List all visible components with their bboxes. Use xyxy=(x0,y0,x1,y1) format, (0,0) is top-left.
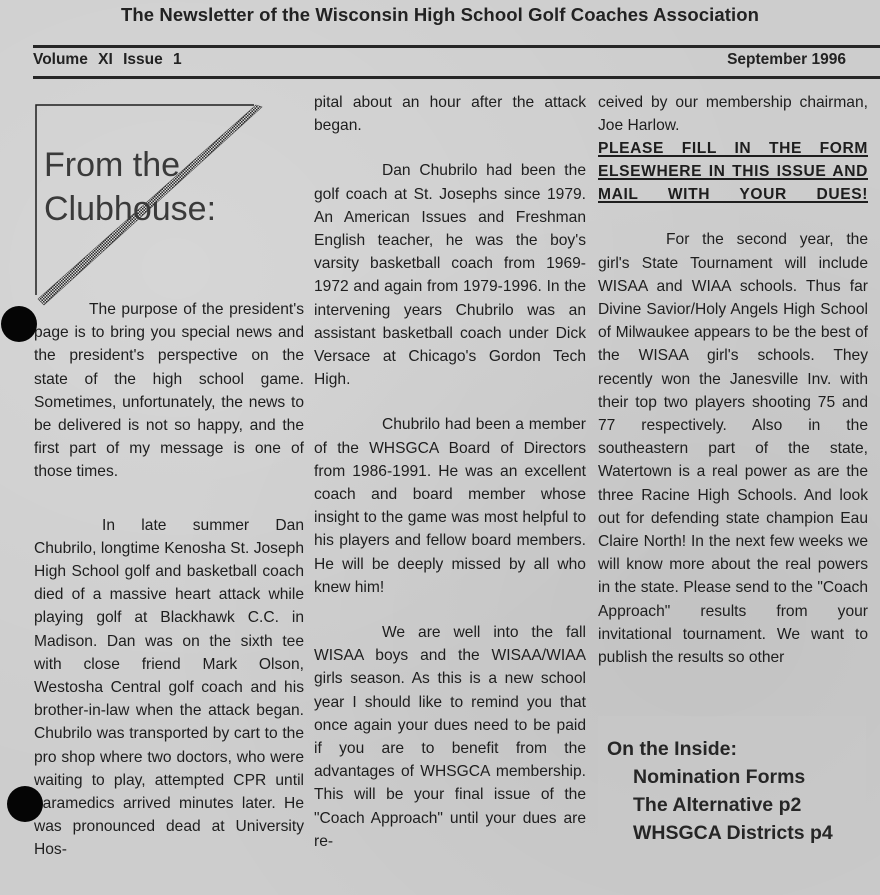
column-heading: From the Clubhouse: xyxy=(44,143,216,231)
paragraph-coach-history: Dan Chubrilo had been the golf coach at … xyxy=(314,159,586,391)
paragraph-received: ceived by our membership chairman, Joe H… xyxy=(598,91,868,137)
paragraph-state-tournament: For the second year, the girl's State To… xyxy=(598,228,868,669)
punch-hole-icon xyxy=(1,306,37,342)
column-3: ceived by our membership chairman, Joe H… xyxy=(598,91,868,669)
punch-hole-icon xyxy=(7,786,43,822)
heading-line-2: Clubhouse: xyxy=(44,187,216,231)
paragraph-dues-reminder: We are well into the fall WISAA boys and… xyxy=(314,621,586,853)
newsletter-masthead: The Newsletter of the Wisconsin High Sch… xyxy=(0,4,880,26)
heading-line-1: From the xyxy=(44,143,216,187)
paragraph-continued: pital about an hour after the attack beg… xyxy=(314,91,586,137)
column-heading-graphic: From the Clubhouse: xyxy=(34,91,304,298)
volume-issue: Volume XI Issue 1 xyxy=(33,51,182,69)
masthead-rule-bottom xyxy=(33,76,880,79)
column-1: From the Clubhouse: The purpose of the p… xyxy=(34,91,304,862)
inside-item: The Alternative p2 xyxy=(633,794,801,817)
dues-callout: PLEASE FILL IN THE FORM ELSEWHERE IN THI… xyxy=(598,137,868,206)
paragraph-board-member: Chubrilo had been a member of the WHSGCA… xyxy=(314,413,586,599)
issue-date: September 1996 xyxy=(727,51,846,69)
masthead-rule-top xyxy=(33,45,880,48)
inside-item: Nomination Forms xyxy=(633,766,805,789)
paragraph-purpose: The purpose of the president's page is t… xyxy=(34,298,304,484)
on-the-inside-title: On the Inside: xyxy=(607,738,737,761)
paragraph-late-summer: In late summer Dan Chubrilo, longtime Ke… xyxy=(34,514,304,862)
column-2: pital about an hour after the attack beg… xyxy=(314,91,586,853)
inside-item: WHSGCA Districts p4 xyxy=(633,822,833,845)
